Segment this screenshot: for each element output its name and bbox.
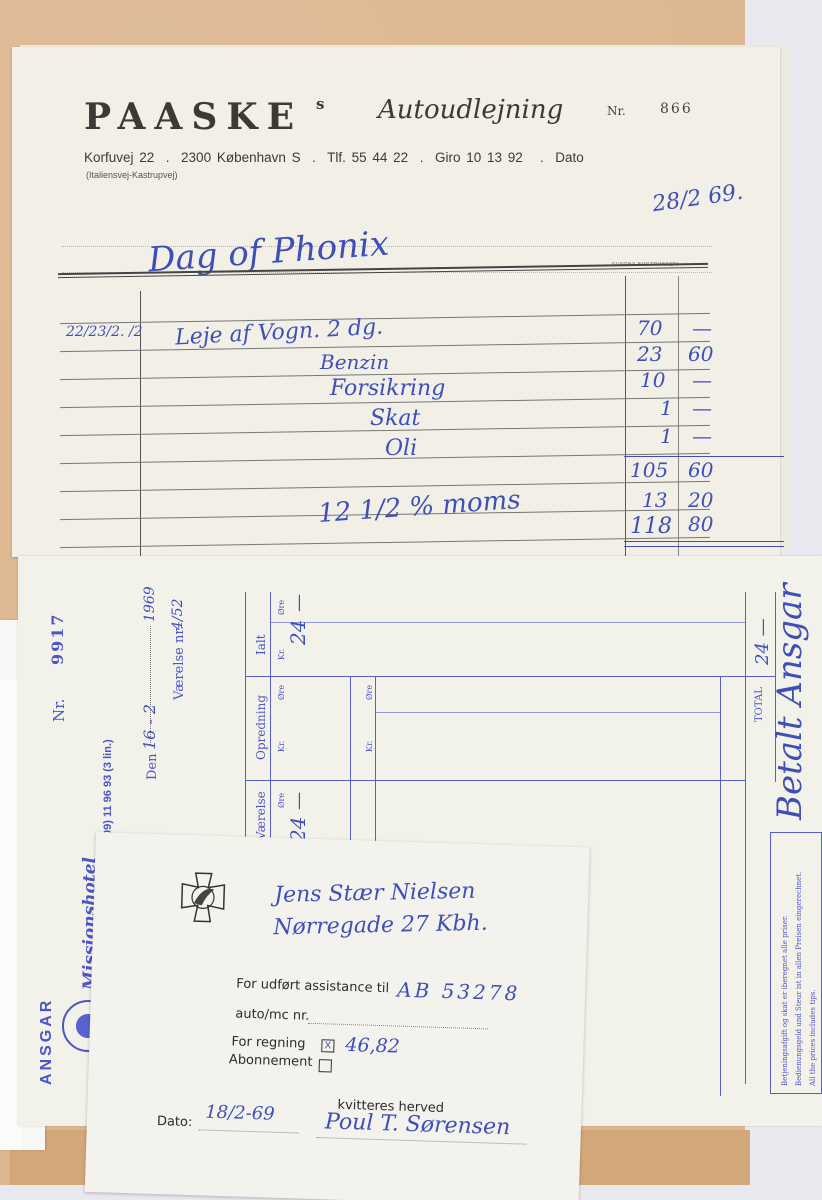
company-name: PAASKE bbox=[84, 96, 303, 138]
hotel-name: ANSGAR bbox=[38, 998, 56, 1085]
room-value: 4/52 bbox=[170, 599, 186, 630]
column-sub-kr: Kr. bbox=[277, 649, 286, 660]
regning-checkbox[interactable]: X bbox=[321, 1039, 334, 1052]
year-value: 1969 bbox=[142, 586, 158, 622]
column-sub-ore: Øre bbox=[277, 600, 286, 615]
assistance-receipt-card: Jens Stær Nielsen Nørregade 27 Kbh. For … bbox=[85, 832, 590, 1200]
vat-kr: 13 bbox=[642, 488, 667, 512]
auto-mc-label: auto/mc nr. bbox=[235, 1006, 310, 1023]
falck-cross-logo-icon bbox=[177, 871, 229, 925]
ialt-ore-value: — bbox=[288, 594, 309, 612]
payment-signature: Betalt Ansgar bbox=[770, 583, 810, 820]
notice-line: Betjeningsafgift og skat er iberegnet al… bbox=[781, 915, 789, 1086]
grid-line bbox=[375, 712, 720, 713]
item-description: Benzin bbox=[320, 350, 389, 374]
room-label: Værelse nr. bbox=[172, 626, 187, 700]
column-divider bbox=[625, 276, 626, 556]
column-header-vaerelse: Værelse bbox=[254, 791, 268, 840]
grid-line bbox=[245, 676, 775, 677]
item-date: 22/23/2. /2 bbox=[66, 324, 143, 340]
total-label: TOTAL bbox=[754, 687, 765, 722]
assistance-value: AB 53278 bbox=[397, 978, 521, 1006]
auto-mc-field bbox=[308, 1023, 488, 1030]
den-label: Den bbox=[145, 754, 160, 781]
notice-line: Bedienungsgeld und Steur ist in allen Pr… bbox=[795, 872, 803, 1086]
column-sub-kr: Kr. bbox=[365, 741, 374, 752]
item-kr: 70 bbox=[637, 316, 662, 340]
regning-label: For regning bbox=[231, 1034, 306, 1051]
dato-field bbox=[199, 1129, 299, 1133]
invoice-number-label: Nr. bbox=[607, 104, 626, 118]
dato-label: Dato: bbox=[157, 1114, 193, 1130]
hotel-bill-number-label: Nr. bbox=[50, 699, 68, 722]
signature: Poul T. Sørensen bbox=[325, 1109, 511, 1140]
company-address: Korfuvej 22 . 2300 København S . Tlf. 55… bbox=[84, 150, 584, 165]
column-sub-ore: Øre bbox=[365, 685, 374, 700]
abonnement-label: Abonnement bbox=[229, 1052, 313, 1070]
customer-name-handwritten: Jens Stær Nielsen bbox=[274, 879, 476, 908]
column-sub-kr: Kr. bbox=[277, 741, 286, 752]
hotel-bill-number: 9917 bbox=[48, 612, 67, 665]
subtotal-ore: 60 bbox=[688, 458, 713, 482]
assistance-label: For udført assistance til bbox=[236, 976, 389, 996]
subtotal-kr: 105 bbox=[630, 458, 668, 482]
column-sub-ore: Øre bbox=[277, 685, 286, 700]
item-ore: — bbox=[692, 368, 712, 392]
vaerelse-ore-value: — bbox=[288, 792, 309, 810]
regning-amount: 46,82 bbox=[345, 1034, 400, 1058]
subtotal-rule bbox=[624, 456, 784, 457]
item-description: Skat bbox=[370, 406, 420, 431]
column-divider bbox=[678, 276, 679, 556]
column-sub-ore: Øre bbox=[277, 793, 286, 808]
column-header-opredning: Opredning bbox=[254, 695, 268, 760]
grid-line bbox=[745, 592, 746, 1084]
grid-line bbox=[245, 780, 745, 781]
company-suffix: s bbox=[316, 95, 324, 113]
dato-value: 18/2-69 bbox=[205, 1102, 275, 1125]
total-ore: 80 bbox=[688, 512, 713, 536]
column-header-ialt: Ialt bbox=[254, 634, 268, 655]
total-rule bbox=[624, 546, 784, 547]
notice-line: All the prices includes tips. bbox=[809, 989, 817, 1086]
grid-line bbox=[720, 676, 721, 1096]
customer-address-handwritten: Nørregade 27 Kbh. bbox=[273, 911, 488, 940]
total-kr: 118 bbox=[630, 514, 672, 539]
total-rule bbox=[624, 541, 784, 542]
item-description: Oli bbox=[385, 436, 417, 461]
abonnement-checkbox[interactable] bbox=[319, 1059, 332, 1072]
item-kr: 1 bbox=[660, 424, 673, 448]
item-ore: — bbox=[692, 316, 712, 340]
item-kr: 10 bbox=[640, 368, 665, 392]
item-kr: 1 bbox=[660, 396, 673, 420]
item-kr: 23 bbox=[637, 342, 662, 366]
item-ore: 60 bbox=[688, 342, 713, 366]
item-ore: — bbox=[692, 396, 712, 420]
company-subtitle: Autoudlejning bbox=[378, 95, 563, 125]
item-description: Forsikring bbox=[330, 376, 445, 401]
item-ore: — bbox=[692, 424, 712, 448]
grid-line bbox=[270, 622, 746, 623]
company-address-sub: (Italiensvej-Kastrupvej) bbox=[86, 170, 178, 180]
den-value: 16 - 2 bbox=[140, 704, 159, 750]
ialt-kr-value: 24 bbox=[286, 620, 310, 645]
invoice-number: 866 bbox=[660, 101, 693, 117]
vat-ore: 20 bbox=[688, 488, 713, 512]
